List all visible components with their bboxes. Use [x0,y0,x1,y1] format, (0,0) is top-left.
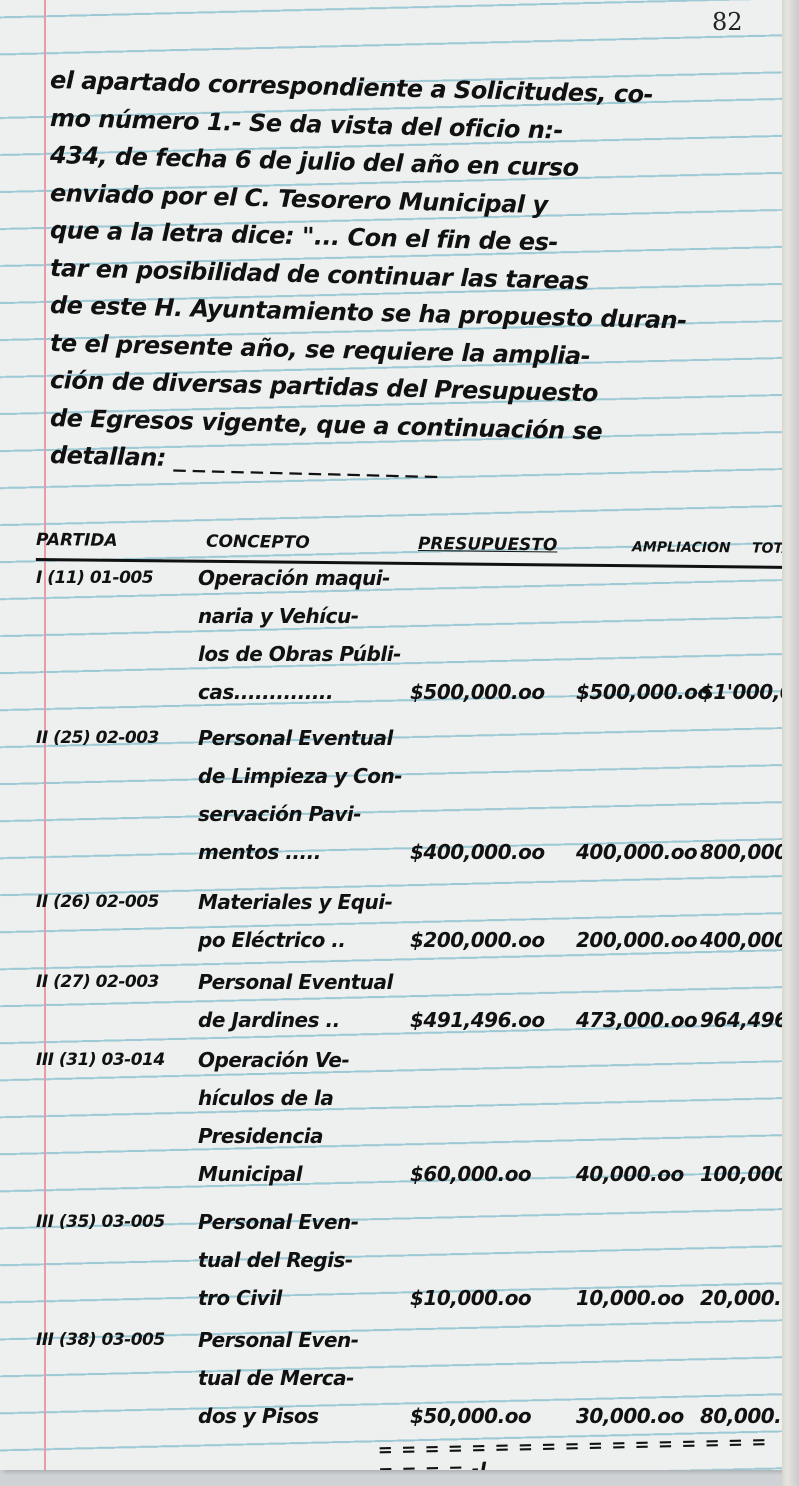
concepto-line: Operación Ve- [198,1048,349,1072]
ledger-page: 82 el apartado correspondiente a Solicit… [0,0,784,1470]
partida-code: III (31) 03-014 [36,1050,165,1070]
header-concepto: CONCEPTO [206,532,310,553]
concepto-line: los de Obras Públi- [198,642,401,666]
amount-ampliacion: 40,000.oo [576,1162,684,1186]
amount-total: 100,000.oo [700,1162,784,1186]
concepto-line: naria y Vehícu- [198,604,359,628]
concepto-line: Materiales y Equi- [198,890,392,914]
header-ampliacion: AMPLIACION [632,539,731,556]
amount-total: 800,000.oo [700,840,784,864]
amount-total: $1'000,000.oo [700,680,784,704]
partida-code: II (25) 02-003 [36,728,159,748]
concepto-line: de Limpieza y Con- [198,764,402,788]
concepto-line: po Eléctrico .. [198,928,346,952]
amount-ampliacion: 200,000.oo [576,928,697,952]
concepto-line: Personal Eventual [198,970,393,994]
closing-double-rule: = = = = = = = = = = = = = = = = = = = = … [378,1432,783,1470]
amount-ampliacion: 30,000.oo [576,1404,684,1428]
concepto-line: dos y Pisos [198,1404,319,1428]
amount-ampliacion: 400,000.oo [576,840,697,864]
amount-presupuesto: $10,000.oo [410,1286,531,1310]
concepto-line: Municipal [198,1162,302,1186]
amount-total: 20,000.oo [700,1286,784,1310]
amount-presupuesto: $60,000.oo [410,1162,531,1186]
concepto-line: de Jardines .. [198,1008,340,1032]
page-edge [782,0,799,1486]
concepto-line: tro Civil [198,1286,282,1310]
partida-code: III (35) 03-005 [36,1212,165,1232]
amount-total: 964,496.oo [700,1008,784,1032]
concepto-line: hículos de la [198,1086,333,1110]
amount-ampliacion: 473,000.oo [576,1008,697,1032]
header-total: TOTAL [752,540,784,557]
amount-presupuesto: $500,000.oo [410,680,545,704]
concepto-line: cas.............. [198,680,333,704]
page-number: 82 [712,8,743,36]
amount-presupuesto: $400,000.oo [410,840,545,864]
concepto-line: Operación maqui- [198,566,390,590]
header-partida: PARTIDA [36,530,118,551]
amount-presupuesto: $50,000.oo [410,1404,531,1428]
concepto-line: mentos ..... [198,840,321,864]
partida-code: II (27) 02-003 [36,972,159,992]
partida-code: II (26) 02-005 [36,892,159,912]
amount-total: 80,000.oo [700,1404,784,1428]
amount-presupuesto: $491,496.oo [410,1008,545,1032]
concepto-line: Personal Even- [198,1210,359,1234]
header-presupuesto: PRESUPUESTO [418,534,558,555]
amount-ampliacion: $500,000.oo [576,680,711,704]
amount-ampliacion: 10,000.oo [576,1286,684,1310]
amount-presupuesto: $200,000.oo [410,928,545,952]
table-header: PARTIDA CONCEPTO PRESUPUESTO AMPLIACION … [36,528,784,569]
partida-code: III (38) 03-005 [36,1330,165,1350]
concepto-line: tual del Regis- [198,1248,353,1272]
concepto-line: servación Pavi- [198,802,361,826]
partida-code: I (11) 01-005 [36,568,153,588]
concepto-line: Personal Even- [198,1328,359,1352]
concepto-line: tual de Merca- [198,1366,354,1390]
concepto-line: Personal Eventual [198,726,393,750]
handwritten-paragraph: el apartado correspondiente a Solicitude… [50,62,780,475]
concepto-line: Presidencia [198,1124,323,1148]
amount-total: 400,000.oo [700,928,784,952]
